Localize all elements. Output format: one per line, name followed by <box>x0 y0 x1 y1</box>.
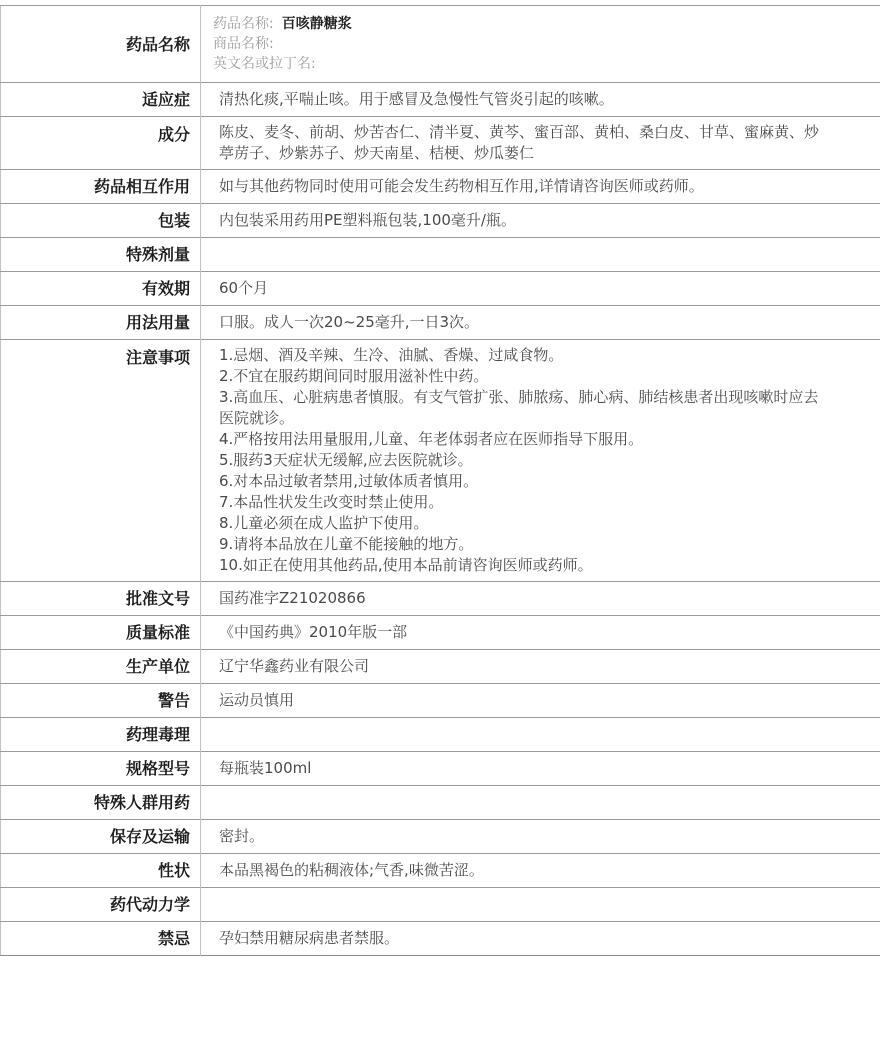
drug-info-table: 药品名称 药品名称:百咳静糖浆 商品名称: 英文名或拉丁名: 适应症 清热化痰,… <box>0 5 880 956</box>
row-value: 如与其他药物同时使用可能会发生药物相互作用,详情请咨询医师或药师。 <box>201 170 880 204</box>
row-label: 批准文号 <box>1 582 201 616</box>
row-value: 运动员慎用 <box>201 684 880 718</box>
row-value: 每瓶装100ml <box>201 752 880 786</box>
table-row-packaging: 包装 内包装采用药用PE塑料瓶包装,100毫升/瓶。 <box>1 204 880 238</box>
drug-info-page: 药品名称 药品名称:百咳静糖浆 商品名称: 英文名或拉丁名: 适应症 清热化痰,… <box>0 0 880 1060</box>
row-value: 口服。成人一次20~25毫升,一日3次。 <box>201 306 880 340</box>
trade-name-line: 商品名称: <box>213 34 821 54</box>
row-label: 特殊剂量 <box>1 238 201 272</box>
row-value: 陈皮、麦冬、前胡、炒苦杏仁、清半夏、黄芩、蜜百部、黄柏、桑白皮、甘草、蜜麻黄、炒… <box>201 117 880 170</box>
table-row-manufacturer: 生产单位 辽宁华鑫药业有限公司 <box>1 650 880 684</box>
note-item: 5.服药3天症状无缓解,应去医院就诊。 <box>219 450 821 471</box>
table-row-description: 性状 本品黑褐色的粘稠液体;气香,味微苦涩。 <box>1 854 880 888</box>
row-label: 药理毒理 <box>1 718 201 752</box>
table-row-interactions: 药品相互作用 如与其他药物同时使用可能会发生药物相互作用,详情请咨询医师或药师。 <box>1 170 880 204</box>
latin-name-line: 英文名或拉丁名: <box>213 54 821 74</box>
note-item: 3.高血压、心脏病患者慎服。有支气管扩张、肺脓疡、肺心病、肺结核患者出现咳嗽时应… <box>219 387 821 429</box>
note-item: 9.请将本品放在儿童不能接触的地方。 <box>219 534 821 555</box>
row-value: 内包装采用药用PE塑料瓶包装,100毫升/瓶。 <box>201 204 880 238</box>
drug-name-line: 药品名称:百咳静糖浆 <box>213 14 821 34</box>
table-row-storage-transport: 保存及运输 密封。 <box>1 820 880 854</box>
row-label: 禁忌 <box>1 922 201 956</box>
table-row-dosage-usage: 用法用量 口服。成人一次20~25毫升,一日3次。 <box>1 306 880 340</box>
table-row-indications: 适应症 清热化痰,平喘止咳。用于感冒及急慢性气管炎引起的咳嗽。 <box>1 83 880 117</box>
table-row-pharmacology-toxicology: 药理毒理 <box>1 718 880 752</box>
row-label: 包装 <box>1 204 201 238</box>
note-item: 2.不宜在服药期间同时服用滋补性中药。 <box>219 366 821 387</box>
row-label: 药代动力学 <box>1 888 201 922</box>
table-row-warning: 警告 运动员慎用 <box>1 684 880 718</box>
table-row-approval-number: 批准文号 国药准字Z21020866 <box>1 582 880 616</box>
row-label: 特殊人群用药 <box>1 786 201 820</box>
row-value: 密封。 <box>201 820 880 854</box>
row-value: 国药准字Z21020866 <box>201 582 880 616</box>
row-label: 保存及运输 <box>1 820 201 854</box>
row-value: 药品名称:百咳静糖浆 商品名称: 英文名或拉丁名: <box>201 6 880 83</box>
table-row-pharmacokinetics: 药代动力学 <box>1 888 880 922</box>
note-item: 7.本品性状发生改变时禁止使用。 <box>219 492 821 513</box>
row-value: 辽宁华鑫药业有限公司 <box>201 650 880 684</box>
table-row-special-dosage: 特殊剂量 <box>1 238 880 272</box>
row-value <box>201 718 880 752</box>
row-value: 本品黑褐色的粘稠液体;气香,味微苦涩。 <box>201 854 880 888</box>
note-item: 6.对本品过敏者禁用,过敏体质者慎用。 <box>219 471 821 492</box>
row-label: 生产单位 <box>1 650 201 684</box>
field-key: 英文名或拉丁名: <box>213 56 316 72</box>
table-row-ingredients: 成分 陈皮、麦冬、前胡、炒苦杏仁、清半夏、黄芩、蜜百部、黄柏、桑白皮、甘草、蜜麻… <box>1 117 880 170</box>
row-value <box>201 888 880 922</box>
field-key: 药品名称: <box>213 16 274 32</box>
table-row-shelf-life: 有效期 60个月 <box>1 272 880 306</box>
note-item: 4.严格按用法用量服用,儿童、年老体弱者应在医师指导下服用。 <box>219 429 821 450</box>
row-label: 适应症 <box>1 83 201 117</box>
table-row-special-populations: 特殊人群用药 <box>1 786 880 820</box>
note-item: 10.如正在使用其他药品,使用本品前请咨询医师或药师。 <box>219 555 821 576</box>
row-value: 《中国药典》2010年版一部 <box>201 616 880 650</box>
row-value <box>201 786 880 820</box>
row-value: 清热化痰,平喘止咳。用于感冒及急慢性气管炎引起的咳嗽。 <box>201 83 880 117</box>
row-value: 60个月 <box>201 272 880 306</box>
field-key: 商品名称: <box>213 36 274 52</box>
row-value <box>201 238 880 272</box>
row-label: 警告 <box>1 684 201 718</box>
table-row-contraindications: 禁忌 孕妇禁用糖尿病患者禁服。 <box>1 922 880 956</box>
row-label: 药品相互作用 <box>1 170 201 204</box>
row-label: 性状 <box>1 854 201 888</box>
table-row-quality-standard: 质量标准 《中国药典》2010年版一部 <box>1 616 880 650</box>
table-row-drug-name: 药品名称 药品名称:百咳静糖浆 商品名称: 英文名或拉丁名: <box>1 6 880 83</box>
row-label: 规格型号 <box>1 752 201 786</box>
row-label: 有效期 <box>1 272 201 306</box>
row-value: 孕妇禁用糖尿病患者禁服。 <box>201 922 880 956</box>
note-item: 1.忌烟、酒及辛辣、生冷、油腻、香燥、过咸食物。 <box>219 345 821 366</box>
row-label: 注意事项 <box>1 340 201 582</box>
row-value: 1.忌烟、酒及辛辣、生冷、油腻、香燥、过咸食物。 2.不宜在服药期间同时服用滋补… <box>201 340 880 582</box>
table-row-precautions: 注意事项 1.忌烟、酒及辛辣、生冷、油腻、香燥、过咸食物。 2.不宜在服药期间同… <box>1 340 880 582</box>
table-row-specification: 规格型号 每瓶装100ml <box>1 752 880 786</box>
row-label: 质量标准 <box>1 616 201 650</box>
drug-name-value: 百咳静糖浆 <box>282 16 352 32</box>
note-item: 8.儿童必须在成人监护下使用。 <box>219 513 821 534</box>
row-label: 用法用量 <box>1 306 201 340</box>
row-label: 成分 <box>1 117 201 170</box>
row-label: 药品名称 <box>1 6 201 83</box>
